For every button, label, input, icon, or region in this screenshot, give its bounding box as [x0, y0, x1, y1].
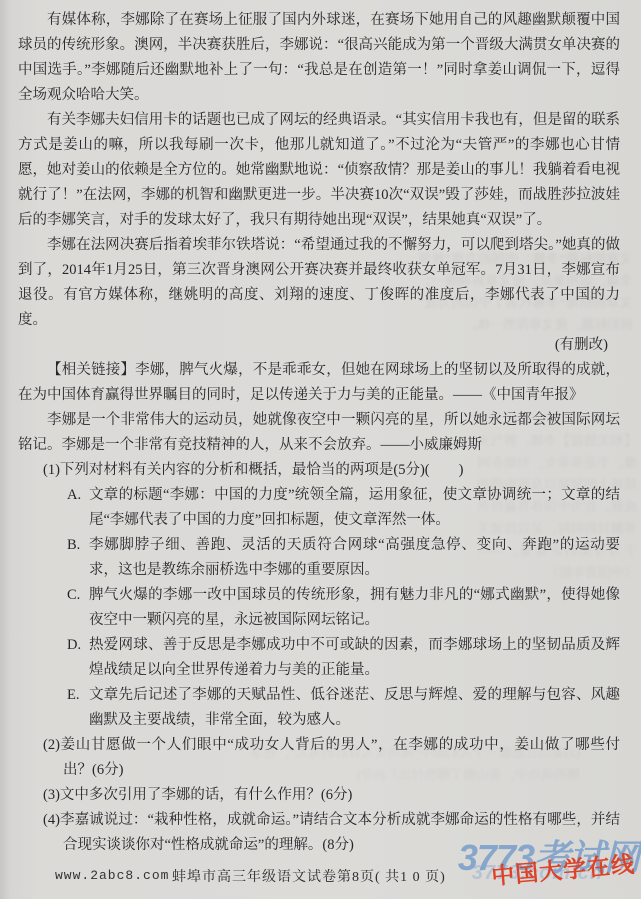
option-a: A. 文章的标题“李娜：中国的力度”统领全篇，运用象征，使文章协调统一；文章的结…	[67, 483, 620, 533]
option-list: A. 文章的标题“李娜：中国的力度”统领全篇，运用象征，使文章协调统一；文章的结…	[67, 483, 620, 733]
option-e-label: E.	[67, 683, 89, 733]
option-b-text: 李娜脚脖子细、善跑、灵活的天质符合网球“高强度急停、变向、奔跑”的运动要求，这也…	[89, 533, 620, 583]
page-footer: www.2abc8.com 蚌埠市高三年级语文试卷第8页( 共1 0 页)	[0, 866, 641, 892]
option-a-text: 文章的标题“李娜：中国的力度”统领全篇，运用象征，使文章协调统一；文章的结尾“李…	[89, 483, 620, 533]
option-c: C. 脾气火爆的李娜一改中国球员的传统形象，拥有魅力非凡的“娜式幽默”，使得她像…	[67, 583, 620, 633]
option-d-label: D.	[67, 633, 89, 683]
option-a-label: A.	[67, 483, 89, 533]
article-paragraph-2: 有关李娜夫妇信用卡的话题也已成了网坛的经典语录。“其实信用卡我也有，但是留的联系…	[18, 108, 620, 233]
question-2: (2)姜山甘愿做一个人们眼中“成功女人背后的男人”，在李娜的成功中，姜山做了哪些…	[18, 733, 620, 783]
question-3: (3)文中多次引用了李娜的话，有什么作用？(6分)	[18, 783, 620, 808]
footer-page-number: 蚌埠市高三年级语文试卷第8页( 共1 0 页)	[172, 866, 446, 886]
related-link-2: 李娜是一个非常伟大的运动员，她就像夜空中一颗闪亮的星，所以她永远都会被国际网坛铭…	[18, 408, 620, 458]
article-paragraph-1: 有媒体称，李娜除了在赛场上征服了国内外球迷，在赛场下她用自己的风趣幽默颠覆中国球…	[18, 8, 620, 108]
exam-body: 有媒体称，李娜除了在赛场上征服了国内外球迷，在赛场下她用自己的风趣幽默颠覆中国球…	[18, 8, 620, 858]
option-d-text: 热爱网球、善于反思是李娜成功中不可或缺的因素，而李娜球场上的坚韧品质及辉煌战绩足…	[89, 633, 620, 683]
option-c-text: 脾气火爆的李娜一改中国球员的传统形象，拥有魅力非凡的“娜式幽默”，使得她像夜空中…	[89, 583, 620, 633]
scanned-exam-page: 有媒体称，李娜除了在赛场上征服了国内外球迷，在赛场下她用自己的风趣幽默颠覆中国球…	[0, 0, 641, 899]
option-e: E. 文章先后记述了李娜的天赋品性、低谷迷茫、反思与辉煌、爱的理解与包容、风趣幽…	[67, 683, 620, 733]
option-e-text: 文章先后记述了李娜的天赋品性、低谷迷茫、反思与辉煌、爱的理解与包容、风趣幽默及主…	[89, 683, 620, 733]
option-c-label: C.	[67, 583, 89, 633]
question-4: (4)李嘉诚说过：“栽种性格，成就命运。”请结合文本分析成就李娜命运的性格有哪些…	[18, 808, 620, 858]
article-paragraph-3: 李娜在法网决赛后指着埃菲尔铁塔说：“希望通过我的不懈努力，可以爬到塔尖。”她真的…	[18, 233, 620, 333]
option-b: B. 李娜脚脖子细、善跑、灵活的天质符合网球“高强度急停、变向、奔跑”的运动要求…	[67, 533, 620, 583]
question-1: (1)下列对材料有关内容的分析和概括，最恰当的两项是(5分)( )	[18, 458, 620, 483]
edit-note: (有删改)	[18, 333, 620, 358]
option-d: D. 热爱网球、善于反思是李娜成功中不可或缺的因素，而李娜球场上的坚韧品质及辉煌…	[67, 633, 620, 683]
option-b-label: B.	[67, 533, 89, 583]
related-link-1: 【相关链接】李娜，脾气火爆，不是乖乖女，但她在网球场上的坚韧以及所取得的成就，在…	[18, 358, 620, 408]
footer-site-url: www.2abc8.com	[55, 868, 169, 883]
